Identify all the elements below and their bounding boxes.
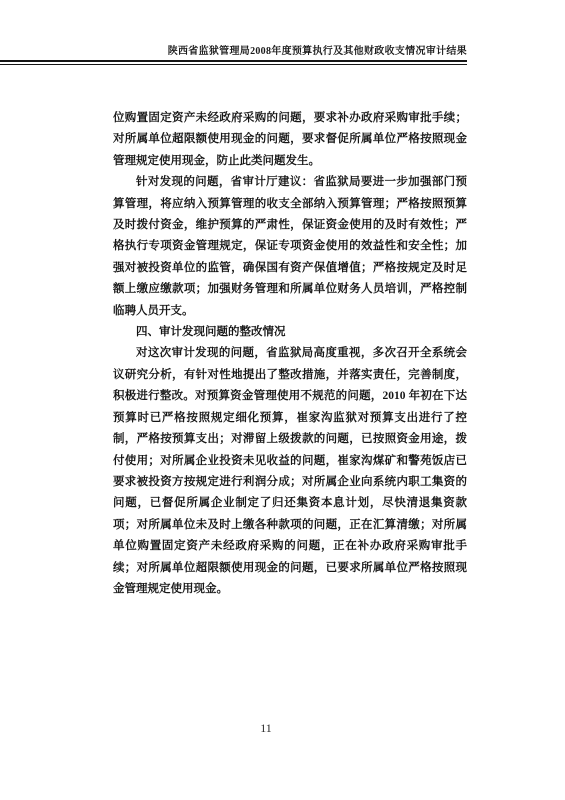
header-rule xyxy=(0,60,467,65)
paragraph-continuation: 位购置固定资产未经政府采购的问题，要求补办政府采购审批手续；对所属单位超限额使用… xyxy=(113,108,467,172)
paragraph-audit-recommendations: 针对发现的问题，省审计厅建议：省监狱局要进一步加强部门预算管理，将应纳入预算管理… xyxy=(113,172,467,322)
paragraph-rectification-status: 对这次审计发现的问题，省监狱局高度重视，多次召开全系统会议研究分析，有针对性地提… xyxy=(113,343,467,600)
section-heading-rectification: 四、审计发现问题的整改情况 xyxy=(113,322,467,343)
document-page: 陕西省监狱管理局2008年度预算执行及其他财政收支情况审计结果 位购置固定资产未… xyxy=(0,0,565,800)
page-number: 11 xyxy=(0,721,532,736)
document-body: 位购置固定资产未经政府采购的问题，要求补办政府采购审批手续；对所属单位超限额使用… xyxy=(113,108,467,600)
running-header-title: 陕西省监狱管理局2008年度预算执行及其他财政收支情况审计结果 xyxy=(168,42,467,57)
